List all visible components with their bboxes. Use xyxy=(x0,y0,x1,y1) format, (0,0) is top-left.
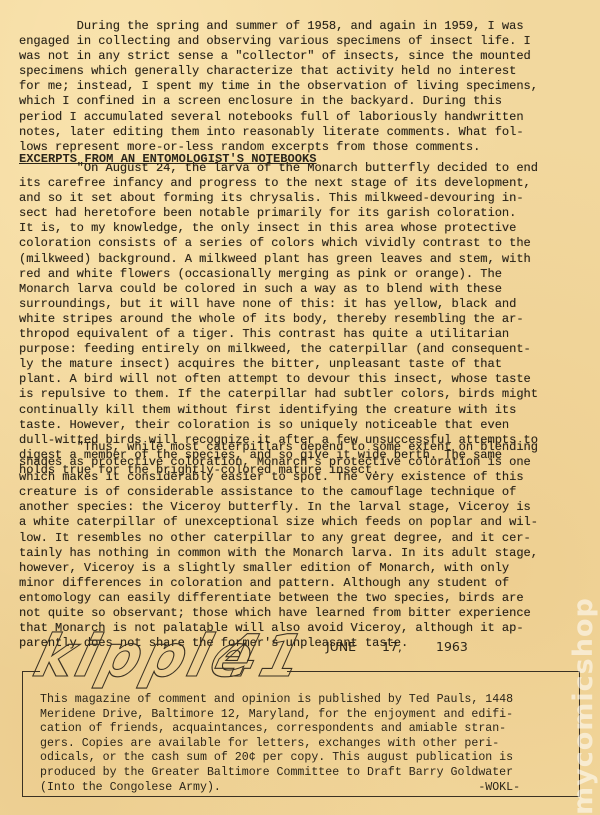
masthead-logo-issue: 41 xyxy=(210,622,314,690)
colophon-text: This magazine of comment and opinion is … xyxy=(40,693,520,795)
paragraph-monarch-larva: "On August 24, the larva of the Monarch … xyxy=(19,161,579,478)
document-page: During the spring and summer of 1958, an… xyxy=(0,0,600,815)
paragraph-viceroy: "Thus, while most caterpillars depend to… xyxy=(19,440,579,651)
intro-paragraph: During the spring and summer of 1958, an… xyxy=(19,19,579,155)
watermark: mycomicshop xyxy=(568,597,599,815)
date-year: 1963 xyxy=(436,639,468,654)
masthead: kipple 41 JUNE 17, 1963 This magazine of… xyxy=(22,630,582,805)
date-month: JUNE xyxy=(326,639,356,654)
date-day: 17, xyxy=(382,639,402,654)
